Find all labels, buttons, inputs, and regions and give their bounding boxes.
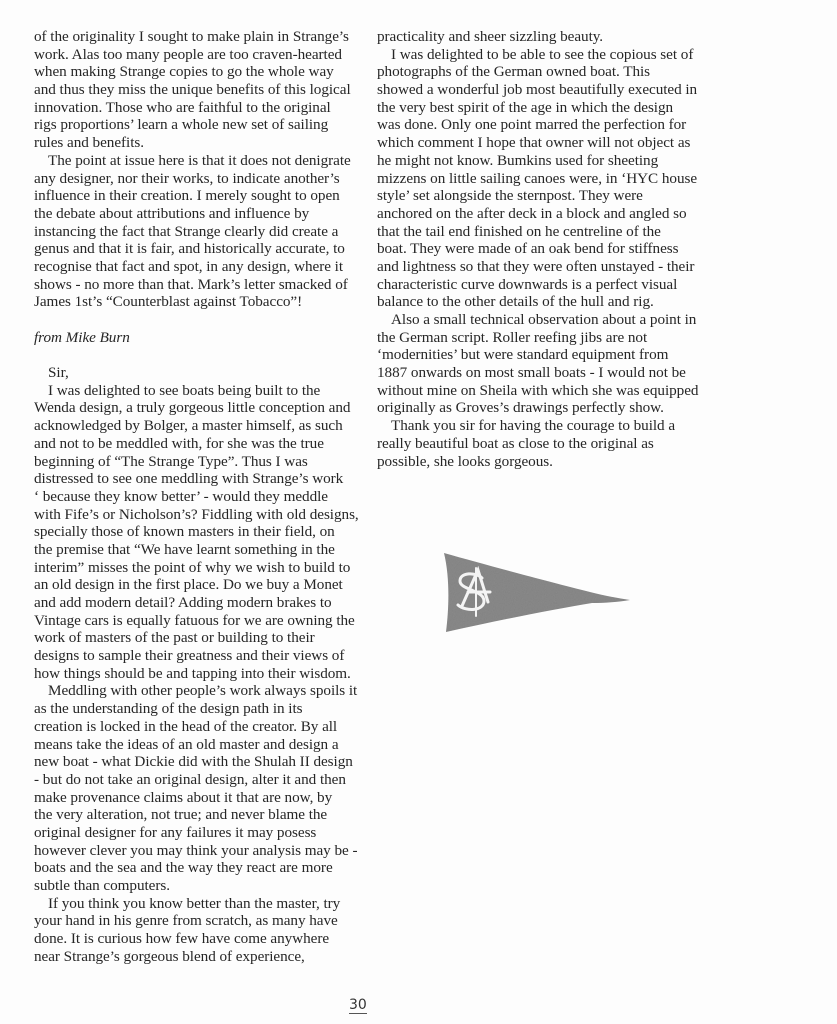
- text-line: when making Strange copies to go the who…: [34, 63, 352, 81]
- text-line: Wenda design, a truly gorgeous little co…: [34, 399, 352, 417]
- text-line: new boat - what Dickie did with the Shul…: [34, 753, 352, 771]
- text-line: which comment I hope that owner will not…: [377, 134, 707, 152]
- text-line: Also a small technical observation about…: [377, 311, 707, 329]
- text-line: distressed to see one meddling with Stra…: [34, 470, 352, 488]
- spacer: [34, 346, 352, 364]
- text-line: creation is locked in the head of the cr…: [34, 718, 352, 736]
- text-line: the premise that “We have learnt somethi…: [34, 541, 352, 559]
- text-line: he might not know. Bumkins used for shee…: [377, 152, 707, 170]
- text-line: boats and the sea and the way they react…: [34, 859, 352, 877]
- text-line: the debate about attributions and influe…: [34, 205, 352, 223]
- text-line: and thus they miss the unique benefits o…: [34, 81, 352, 99]
- text-line: possible, she looks gorgeous.: [377, 453, 707, 471]
- text-line: designs to sample their greatness and th…: [34, 647, 352, 665]
- right-column: practicality and sheer sizzling beauty. …: [377, 28, 707, 470]
- spacer: [34, 311, 352, 329]
- text-line: was done. Only one point marred the perf…: [377, 116, 707, 134]
- text-line: how things should be and tapping into th…: [34, 665, 352, 683]
- text-line: the very best spirit of the age in which…: [377, 99, 707, 117]
- text-line: characteristic curve downwards is a perf…: [377, 276, 707, 294]
- text-line: your hand in his genre from scratch, as …: [34, 912, 352, 930]
- text-line: make provenance claims about it that are…: [34, 789, 352, 807]
- text-line: Meddling with other people’s work always…: [34, 682, 352, 700]
- letter-salutation: Sir,: [34, 364, 352, 382]
- text-line: The point at issue here is that it does …: [34, 152, 352, 170]
- text-line: an old design in the first place. Do we …: [34, 576, 352, 594]
- text-line: of the originality I sought to make plai…: [34, 28, 352, 46]
- left-column: of the originality I sought to make plai…: [34, 28, 352, 965]
- text-line: rigs proportions’ learn a whole new set …: [34, 116, 352, 134]
- text-line: - but do not take an original design, al…: [34, 771, 352, 789]
- text-line: subtle than computers.: [34, 877, 352, 895]
- text-line: rules and benefits.: [34, 134, 352, 152]
- text-line: 1887 onwards on most small boats - I wou…: [377, 364, 707, 382]
- text-line: practicality and sheer sizzling beauty.: [377, 28, 707, 46]
- text-line: instancing the fact that Strange clearly…: [34, 223, 352, 241]
- text-line: influence in their creation. I merely so…: [34, 187, 352, 205]
- text-line: means take the ideas of an old master an…: [34, 736, 352, 754]
- text-line: with Fife’s or Nicholson’s? Fiddling wit…: [34, 506, 352, 524]
- text-line: genus and that it is fair, and historica…: [34, 240, 352, 258]
- text-line: James 1st’s “Counterblast against Tobacc…: [34, 293, 352, 311]
- text-line: shows - no more than that. Mark’s letter…: [34, 276, 352, 294]
- text-line: balance to the other details of the hull…: [377, 293, 707, 311]
- text-line: boat. They were made of an oak bend for …: [377, 240, 707, 258]
- text-line: ‘ because they know better’ - would they…: [34, 488, 352, 506]
- text-line: original designer for any failures it ma…: [34, 824, 352, 842]
- text-line: the German script. Roller reefing jibs a…: [377, 329, 707, 347]
- text-line: work. Alas too many people are too crave…: [34, 46, 352, 64]
- letter-byline: from Mike Burn: [34, 329, 352, 347]
- text-line: ‘modernities’ but were standard equipmen…: [377, 346, 707, 364]
- text-line: anchored on the after deck in a block an…: [377, 205, 707, 223]
- text-line: and lightness so that they were often un…: [377, 258, 707, 276]
- text-line: I was delighted to be able to see the co…: [377, 46, 707, 64]
- text-line: photographs of the German owned boat. Th…: [377, 63, 707, 81]
- text-line: originally as Groves’s drawings perfectl…: [377, 399, 707, 417]
- text-line: without mine on Sheila with which she wa…: [377, 382, 707, 400]
- show-through-text: [470, 468, 710, 988]
- text-line: showed a wonderful job most beautifully …: [377, 81, 707, 99]
- text-line: done. It is curious how few have come an…: [34, 930, 352, 948]
- text-line: If you think you know better than the ma…: [34, 895, 352, 913]
- text-line: mizzens on little sailing canoes were, i…: [377, 170, 707, 188]
- pennant-flag-icon: [440, 548, 635, 634]
- text-line: recognise that fact and spot, in any des…: [34, 258, 352, 276]
- text-line: work of masters of the past or building …: [34, 629, 352, 647]
- text-line: as the understanding of the design path …: [34, 700, 352, 718]
- text-line: interim” misses the point of why we wish…: [34, 559, 352, 577]
- text-line: I was delighted to see boats being built…: [34, 382, 352, 400]
- text-line: that the tail end finished on he centrel…: [377, 223, 707, 241]
- text-line: beginning of “The Strange Type”. Thus I …: [34, 453, 352, 471]
- magazine-page: of the originality I sought to make plai…: [0, 0, 837, 1024]
- text-line: innovation. Those who are faithful to th…: [34, 99, 352, 117]
- text-line: any designer, nor their works, to indica…: [34, 170, 352, 188]
- text-line: really beautiful boat as close to the or…: [377, 435, 707, 453]
- text-line: style’ set alongside the sternpost. They…: [377, 187, 707, 205]
- text-line: Thank you sir for having the courage to …: [377, 417, 707, 435]
- text-line: Vintage cars is equally fatuous for we a…: [34, 612, 352, 630]
- text-line: specially those of known masters in thei…: [34, 523, 352, 541]
- text-line: the very alteration, not true; and never…: [34, 806, 352, 824]
- text-line: and not to be meddled with, for she was …: [34, 435, 352, 453]
- page-number: 30: [349, 998, 367, 1014]
- text-line: near Strange’s gorgeous blend of experie…: [34, 948, 352, 966]
- text-line: and add modern detail? Adding modern bra…: [34, 594, 352, 612]
- text-line: however clever you may think your analys…: [34, 842, 352, 860]
- text-line: acknowledged by Bolger, a master himself…: [34, 417, 352, 435]
